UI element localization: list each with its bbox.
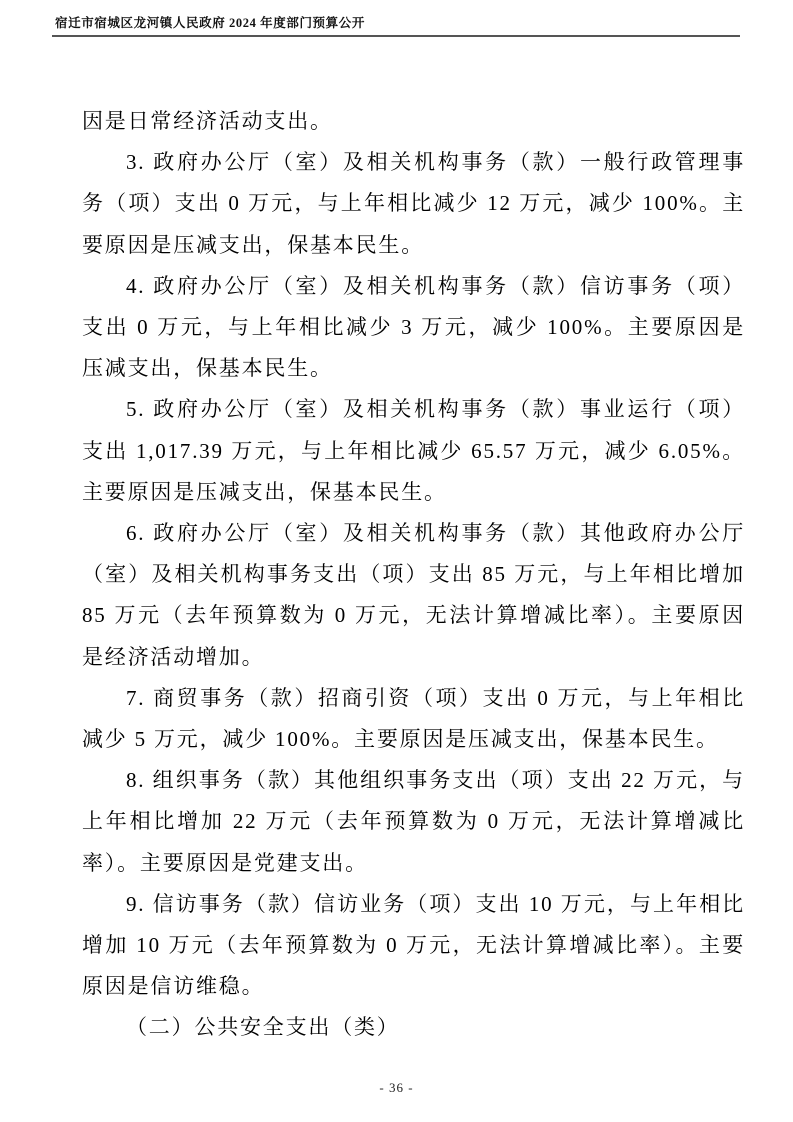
document-body: 因是日常经济活动支出。 3. 政府办公厅（室）及相关机构事务（款）一般行政管理事… <box>82 101 745 1049</box>
page-number: - 36 - <box>379 1080 413 1095</box>
paragraph-item-7: 7. 商贸事务（款）招商引资（项）支出 0 万元，与上年相比减少 5 万元，减少… <box>82 678 745 760</box>
paragraph-item-4: 4. 政府办公厅（室）及相关机构事务（款）信访事务（项）支出 0 万元，与上年相… <box>82 266 745 390</box>
paragraph-item-3: 3. 政府办公厅（室）及相关机构事务（款）一般行政管理事务（项）支出 0 万元，… <box>82 142 745 266</box>
document-page: 宿迁市宿城区龙河镇人民政府 2024 年度部门预算公开 因是日常经济活动支出。 … <box>0 0 793 1122</box>
header-title: 宿迁市宿城区龙河镇人民政府 2024 年度部门预算公开 <box>52 13 740 31</box>
page-header: 宿迁市宿城区龙河镇人民政府 2024 年度部门预算公开 <box>52 13 740 37</box>
paragraph-continuation: 因是日常经济活动支出。 <box>82 101 745 142</box>
paragraph-item-5: 5. 政府办公厅（室）及相关机构事务（款）事业运行（项）支出 1,017.39 … <box>82 389 745 513</box>
page-footer: - 36 - <box>0 1080 793 1096</box>
paragraph-item-9: 9. 信访事务（款）信访业务（项）支出 10 万元，与上年相比增加 10 万元（… <box>82 884 745 1008</box>
paragraph-item-6: 6. 政府办公厅（室）及相关机构事务（款）其他政府办公厅（室）及相关机构事务支出… <box>82 513 745 678</box>
paragraph-section-heading: （二）公共安全支出（类） <box>82 1007 745 1048</box>
paragraph-item-8: 8. 组织事务（款）其他组织事务支出（项）支出 22 万元，与上年相比增加 22… <box>82 760 745 884</box>
